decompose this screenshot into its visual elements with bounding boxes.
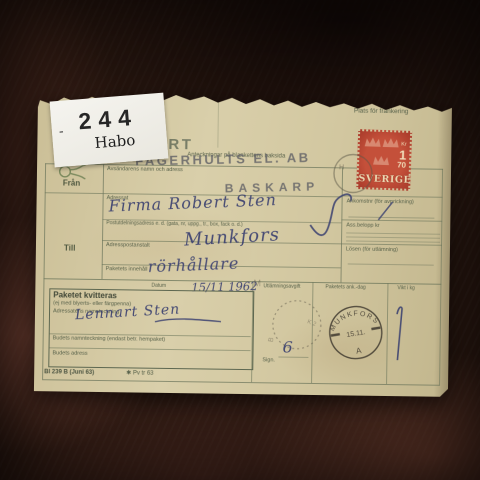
svg-text:B: B <box>268 337 276 343</box>
receipt-title: Paketet kvitteras <box>53 291 117 300</box>
from-label: Från <box>63 179 80 188</box>
rule <box>346 232 440 234</box>
stray-postmark-letter: M <box>253 279 261 289</box>
datum-label: Datum <box>151 284 166 289</box>
rule <box>42 379 440 386</box>
svg-text:A: A <box>355 346 362 356</box>
pen-stroke <box>372 198 398 224</box>
munkfors-postmark: MUNKFORS 15.11. A <box>319 296 392 369</box>
contents-handwriting: rörhållare <box>147 254 239 277</box>
amount-label: Ass.belopp kr <box>346 223 379 229</box>
printer-mark: ✱ Pv tr 63 <box>126 370 153 377</box>
franking-label: Plats för frankering <box>354 109 409 117</box>
svg-text:K 2: K 2 <box>306 319 317 328</box>
arrival-day-label: Paketets ank.-dag <box>325 285 365 291</box>
weight-label: Vikt i kg <box>397 286 414 291</box>
post-office-handwriting: Munkfors <box>184 224 281 250</box>
rule <box>278 357 308 358</box>
to-label: Till <box>64 245 76 254</box>
sticker-dash: - <box>58 123 64 139</box>
rule <box>346 236 440 238</box>
rule <box>346 240 440 242</box>
photograph-of-address-card: ADRESSKORT Inrikes paket Anteckningar på… <box>0 0 480 480</box>
sign-label: Sign. <box>262 358 275 364</box>
form-number: Bl 239 B (Juni 63) <box>44 369 94 376</box>
post-office-label: Adresspostanstalt <box>106 243 150 249</box>
rule <box>348 263 434 265</box>
courier-address-label: Budets adress <box>52 351 87 357</box>
faint-postmark: K 2 B <box>268 296 325 353</box>
card-fold-shading <box>434 97 452 397</box>
signature-tail <box>153 313 225 328</box>
cancel-mark-on-stamp: H <box>331 151 376 196</box>
delivery-fee-label: Utlämningsavgift <box>263 284 300 290</box>
stamp-ore: 70 <box>397 161 406 169</box>
svg-text:15.11.: 15.11. <box>346 329 366 339</box>
contents-label: Paketets innehåll <box>106 267 148 273</box>
svg-text:H: H <box>339 164 344 171</box>
fold-crease <box>217 102 219 148</box>
routing-sticker: - 244 Habo <box>50 93 169 168</box>
stamp-value: Kr 1 70 <box>397 142 407 169</box>
redeem-label: Lösen (för utlämning) <box>346 247 398 253</box>
rule <box>101 164 104 279</box>
rule <box>42 163 46 379</box>
stamp-krona: 1 <box>397 148 406 161</box>
